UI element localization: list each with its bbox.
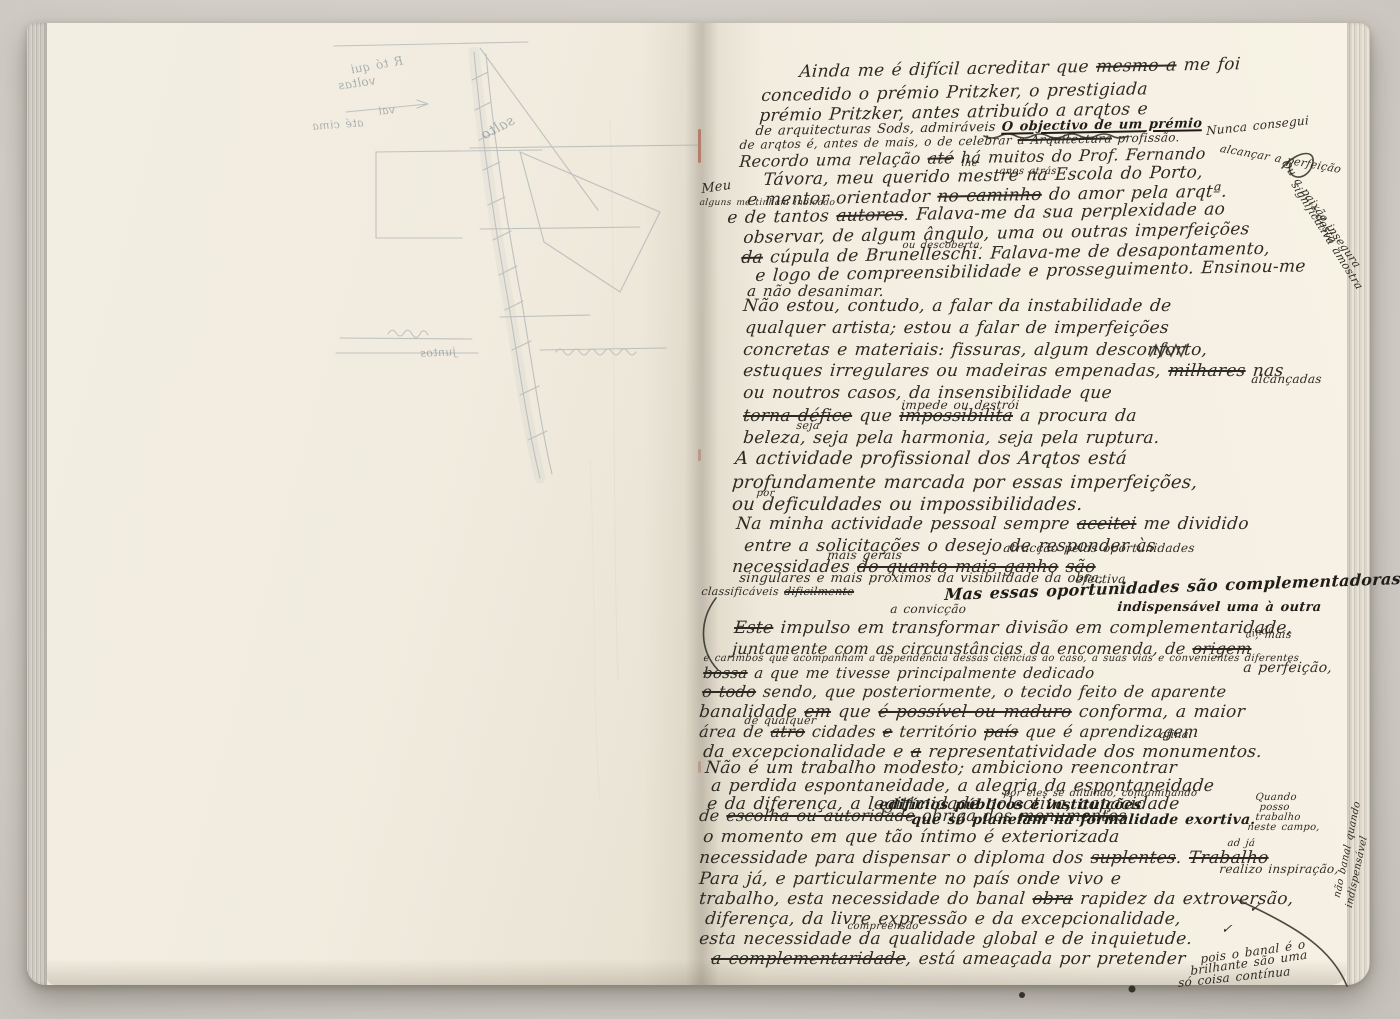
ink-big-paren xyxy=(703,598,718,670)
ink-dot-2 xyxy=(1129,986,1136,993)
ink-underline-wave xyxy=(984,134,1128,138)
ink-zigzag-scribble xyxy=(1150,345,1186,356)
ink-flourish-corner xyxy=(1238,900,1347,986)
ink-loop-margin xyxy=(1282,154,1313,178)
ink-marks xyxy=(0,0,1400,1019)
ink-dot-1 xyxy=(1019,992,1025,998)
photo-stage: Ainda me é difícil acreditar que mesmo a… xyxy=(0,0,1400,1019)
